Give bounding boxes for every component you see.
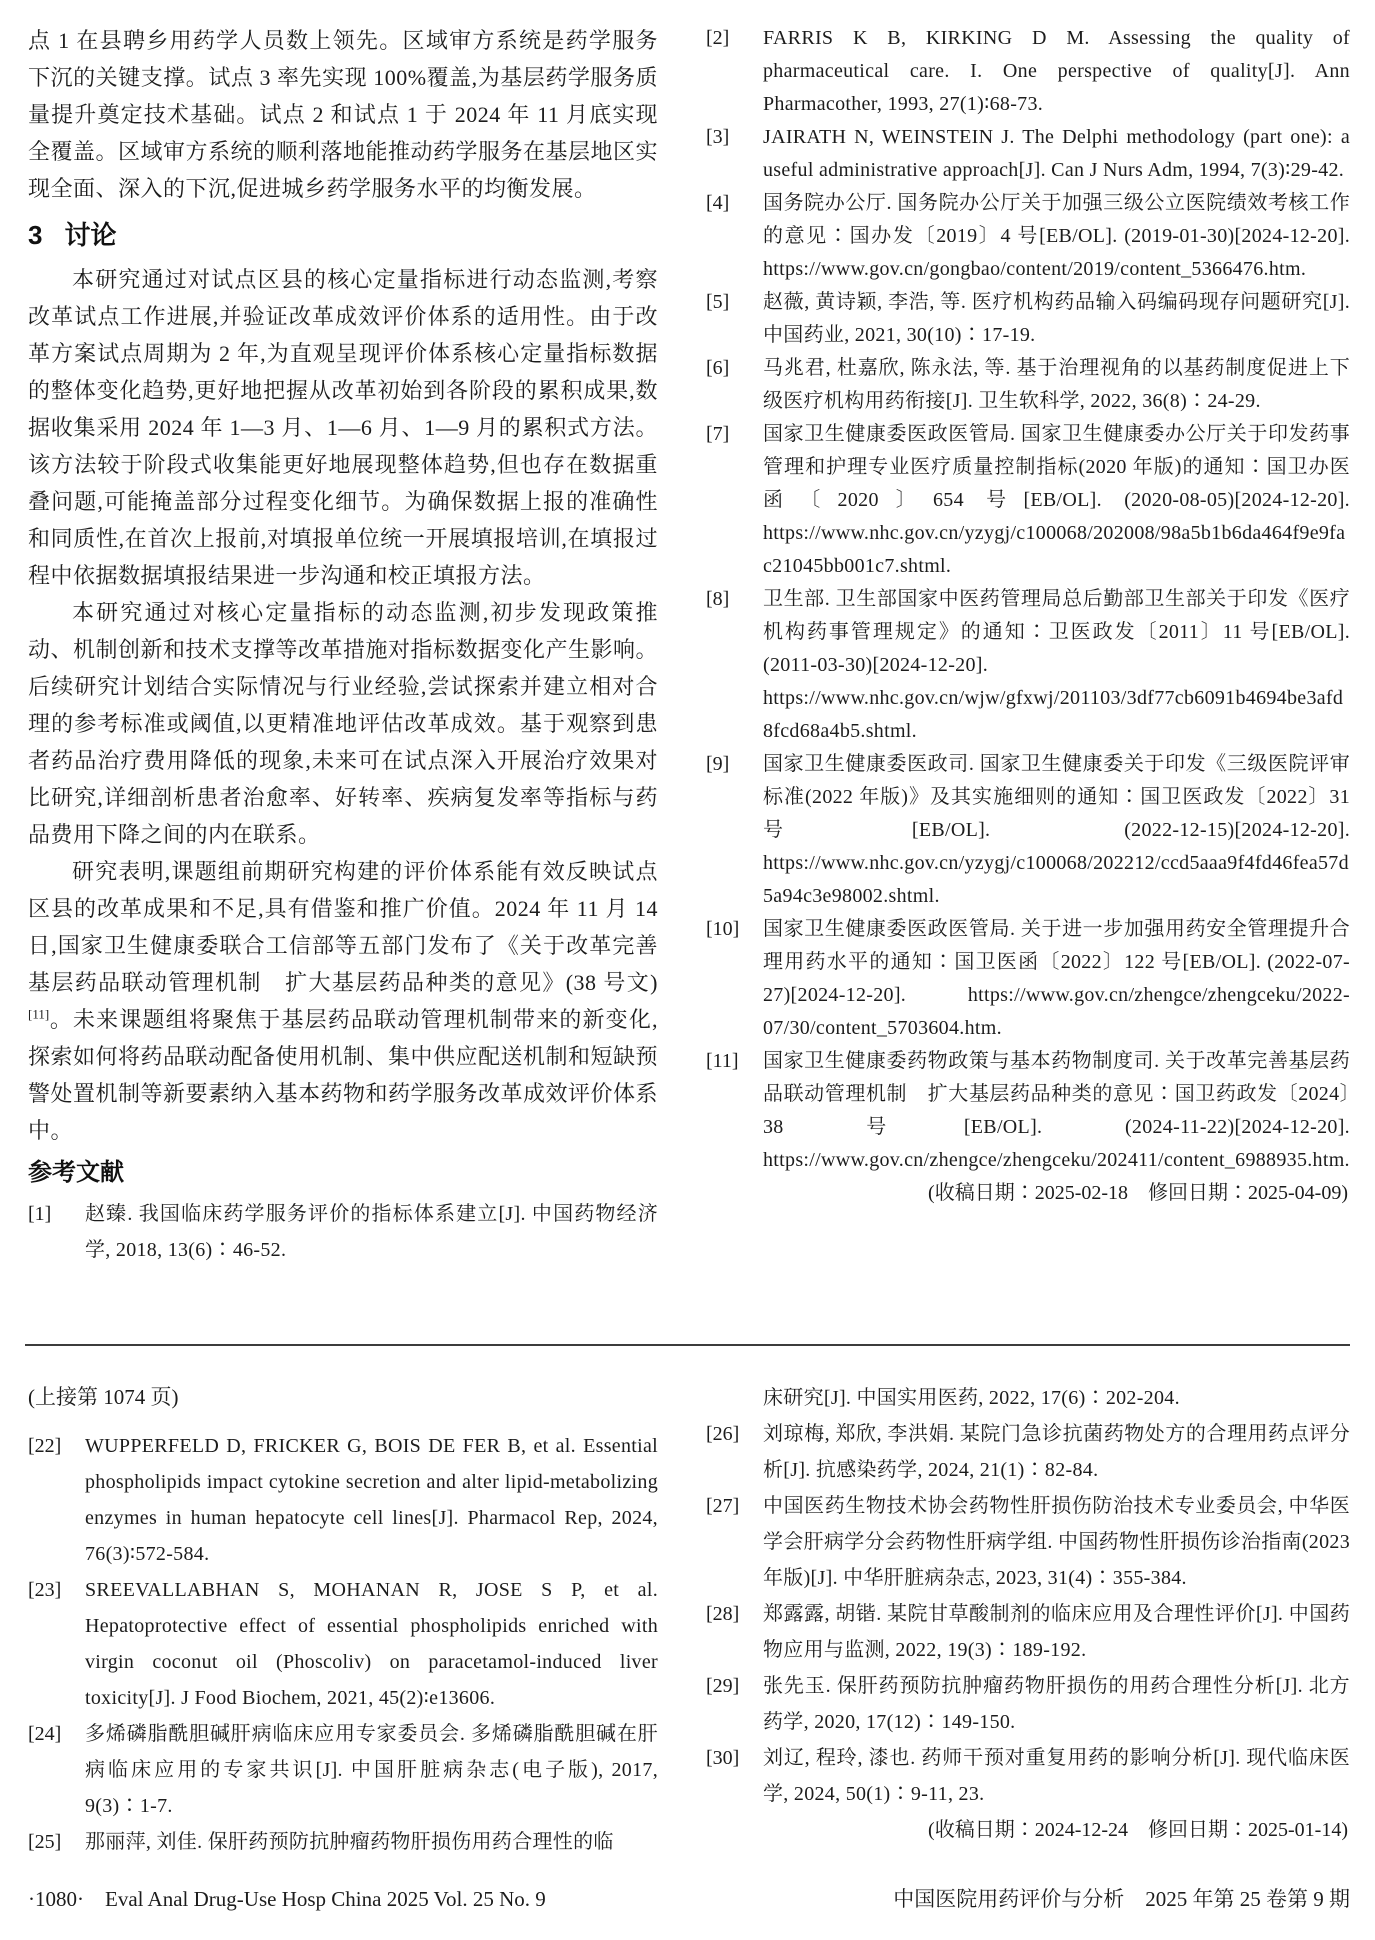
reference-item: [2] FARRIS K B, KIRKING D M. Assessing t… (706, 22, 1350, 121)
reference-text: FARRIS K B, KIRKING D M. Assessing the q… (763, 22, 1350, 121)
reference-number: [29] (706, 1668, 763, 1740)
reference-number: [28] (706, 1596, 763, 1668)
reference-item: [7] 国家卫生健康委医政医管局. 国家卫生健康委办公厅关于印发药事管理和护理专… (706, 418, 1350, 583)
main-article-section: 点 1 在县聘乡用药学人员数上领先。区域审方系统是药学服务下沉的关键支撑。试点 … (0, 0, 1375, 1334)
reference-text: 刘琼梅, 郑欣, 李洪娟. 某院门急诊抗菌药物处方的合理用药点评分析[J]. 抗… (763, 1416, 1350, 1488)
reference-number: [4] (706, 187, 763, 286)
reference-item: [1] 赵臻. 我国临床药学服务评价的指标体系建立[J]. 中国药物经济学, 2… (28, 1196, 658, 1268)
reference-number: [22] (28, 1428, 85, 1572)
reference-item: [26] 刘琼梅, 郑欣, 李洪娟. 某院门急诊抗菌药物处方的合理用药点评分析[… (706, 1416, 1350, 1488)
references-list-right: [2] FARRIS K B, KIRKING D M. Assessing t… (706, 22, 1350, 1177)
reference-item: [27] 中国医药生物技术协会药物性肝损伤防治技术专业委员会, 中华医学会肝病学… (706, 1488, 1350, 1596)
reference-number: [10] (706, 913, 763, 1045)
reference-text: 马兆君, 杜嘉欣, 陈永法, 等. 基于治理视角的以基药制度促进上下级医疗机构用… (763, 352, 1350, 418)
references-list-bottom-right: [26] 刘琼梅, 郑欣, 李洪娟. 某院门急诊抗菌药物处方的合理用药点评分析[… (706, 1416, 1350, 1812)
continued-from-note: (上接第 1074 页) (28, 1380, 658, 1414)
reference-number: [27] (706, 1488, 763, 1596)
reference-number: [23] (28, 1572, 85, 1716)
section-number: 3 (28, 220, 42, 250)
reference-text: JAIRATH N, WEINSTEIN J. The Delphi metho… (763, 121, 1350, 187)
reference-text: SREEVALLABHAN S, MOHANAN R, JOSE S P, et… (85, 1572, 658, 1716)
reference-text: 国家卫生健康委医政医管局. 关于进一步加强用药安全管理提升合理用药水平的通知∶国… (763, 913, 1350, 1045)
reference-text: 中国医药生物技术协会药物性肝损伤防治技术专业委员会, 中华医学会肝病学分会药物性… (763, 1488, 1350, 1596)
discussion-paragraph-1: 本研究通过对试点区县的核心定量指标进行动态监测,考察改革试点工作进展,并验证改革… (28, 261, 658, 594)
reference-number: [2] (706, 22, 763, 121)
reference-number: [1] (28, 1196, 85, 1268)
reference-item: [24] 多烯磷脂酰胆碱肝病临床应用专家委员会. 多烯磷脂酰胆碱在肝病临床应用的… (28, 1716, 658, 1824)
reference-item: [22] WUPPERFELD D, FRICKER G, BOIS DE FE… (28, 1428, 658, 1572)
reference-number: [30] (706, 1740, 763, 1812)
reference-item: [25] 那丽萍, 刘佳. 保肝药预防抗肿瘤药物肝损伤用药合理性的临 (28, 1824, 658, 1860)
references-list-bottom-left: [22] WUPPERFELD D, FRICKER G, BOIS DE FE… (28, 1428, 658, 1860)
reference-text: 郑露露, 胡锴. 某院甘草酸制剂的临床应用及合理性评价[J]. 中国药物应用与监… (763, 1596, 1350, 1668)
footer-page-number-journal-en: ·1080· Eval Anal Drug-Use Hosp China 202… (28, 1884, 546, 1914)
reference-item: [10] 国家卫生健康委医政医管局. 关于进一步加强用药安全管理提升合理用药水平… (706, 913, 1350, 1045)
reference-number: [26] (706, 1416, 763, 1488)
reference-continuation-text: 床研究[J]. 中国实用医药, 2022, 17(6)∶202-204. (763, 1380, 1350, 1416)
discussion-paragraph-3: 研究表明,课题组前期研究构建的评价体系能有效反映试点区县的改革成果和不足,具有借… (28, 853, 658, 1149)
reference-number: [24] (28, 1716, 85, 1824)
discussion-paragraph-2: 本研究通过对核心定量指标的动态监测,初步发现政策推动、机制创新和技术支撑等改革措… (28, 594, 658, 853)
continued-article-section: (上接第 1074 页) [22] WUPPERFELD D, FRICKER … (0, 1354, 1375, 1900)
reference-text: 赵臻. 我国临床药学服务评价的指标体系建立[J]. 中国药物经济学, 2018,… (85, 1196, 658, 1268)
reference-continuation: 床研究[J]. 中国实用医药, 2022, 17(6)∶202-204. (706, 1380, 1350, 1416)
article-left-column: 点 1 在县聘乡用药学人员数上领先。区域审方系统是药学服务下沉的关键支撑。试点 … (28, 22, 658, 1334)
reference-number: [7] (706, 418, 763, 583)
reference-number: [5] (706, 286, 763, 352)
section-divider (25, 1344, 1350, 1346)
reference-text: 多烯磷脂酰胆碱肝病临床应用专家委员会. 多烯磷脂酰胆碱在肝病临床应用的专家共识[… (85, 1716, 658, 1824)
reference-text: 国家卫生健康委医政医管局. 国家卫生健康委办公厅关于印发药事管理和护理专业医疗质… (763, 418, 1350, 583)
article-right-column: [2] FARRIS K B, KIRKING D M. Assessing t… (706, 22, 1350, 1334)
references-heading: 参考文献 (28, 1152, 658, 1194)
reference-number-empty (706, 1380, 763, 1416)
reference-text: 那丽萍, 刘佳. 保肝药预防抗肿瘤药物肝损伤用药合理性的临 (85, 1824, 658, 1860)
citation-superscript-11: [11] (28, 1007, 49, 1022)
continued-right-column: 床研究[J]. 中国实用医药, 2022, 17(6)∶202-204. [26… (706, 1380, 1350, 1900)
continued-left-column: (上接第 1074 页) [22] WUPPERFELD D, FRICKER … (28, 1380, 658, 1900)
reference-number: [25] (28, 1824, 85, 1860)
continuation-paragraph: 点 1 在县聘乡用药学人员数上领先。区域审方系统是药学服务下沉的关键支撑。试点 … (28, 22, 658, 207)
references-list-left: [1] 赵臻. 我国临床药学服务评价的指标体系建立[J]. 中国药物经济学, 2… (28, 1196, 658, 1268)
reference-number: [11] (706, 1045, 763, 1177)
reference-text: 赵薇, 黄诗颖, 李浩, 等. 医疗机构药品输入码编码现存问题研究[J]. 中国… (763, 286, 1350, 352)
journal-page: 点 1 在县聘乡用药学人员数上领先。区域审方系统是药学服务下沉的关键支撑。试点 … (0, 0, 1375, 1940)
received-revised-dates: (收稿日期∶2025-02-18 修回日期∶2025-04-09) (706, 1177, 1350, 1210)
reference-item: [30] 刘辽, 程玲, 漆也. 药师干预对重复用药的影响分析[J]. 现代临床… (706, 1740, 1350, 1812)
reference-item: [29] 张先玉. 保肝药预防抗肿瘤药物肝损伤的用药合理性分析[J]. 北方药学… (706, 1668, 1350, 1740)
reference-text: 张先玉. 保肝药预防抗肿瘤药物肝损伤的用药合理性分析[J]. 北方药学, 202… (763, 1668, 1350, 1740)
reference-item: [5] 赵薇, 黄诗颖, 李浩, 等. 医疗机构药品输入码编码现存问题研究[J]… (706, 286, 1350, 352)
reference-text: 国家卫生健康委医政司. 国家卫生健康委关于印发《三级医院评审标准(2022 年版… (763, 748, 1350, 913)
discussion-section-heading: 3讨论 (28, 212, 658, 258)
reference-item: [3] JAIRATH N, WEINSTEIN J. The Delphi m… (706, 121, 1350, 187)
reference-item: [4] 国务院办公厅. 国务院办公厅关于加强三级公立医院绩效考核工作的意见∶国办… (706, 187, 1350, 286)
reference-item: [23] SREEVALLABHAN S, MOHANAN R, JOSE S … (28, 1572, 658, 1716)
reference-number: [3] (706, 121, 763, 187)
paragraph-3-text-after: 。未来课题组将聚焦于基层药品联动管理机制带来的新变化,探索如何将药品联动配备使用… (28, 1007, 658, 1143)
reference-text: 国务院办公厅. 国务院办公厅关于加强三级公立医院绩效考核工作的意见∶国办发〔20… (763, 187, 1350, 286)
reference-text: 国家卫生健康委药物政策与基本药物制度司. 关于改革完善基层药品联动管理机制 扩大… (763, 1045, 1350, 1177)
reference-item: [28] 郑露露, 胡锴. 某院甘草酸制剂的临床应用及合理性评价[J]. 中国药… (706, 1596, 1350, 1668)
reference-text: WUPPERFELD D, FRICKER G, BOIS DE FER B, … (85, 1428, 658, 1572)
reference-number: [6] (706, 352, 763, 418)
reference-item: [11] 国家卫生健康委药物政策与基本药物制度司. 关于改革完善基层药品联动管理… (706, 1045, 1350, 1177)
reference-text: 卫生部. 卫生部国家中医药管理局总后勤部卫生部关于印发《医疗机构药事管理规定》的… (763, 583, 1350, 748)
reference-number: [9] (706, 748, 763, 913)
section-title: 讨论 (64, 220, 116, 250)
reference-item: [8] 卫生部. 卫生部国家中医药管理局总后勤部卫生部关于印发《医疗机构药事管理… (706, 583, 1350, 748)
page-footer: ·1080· Eval Anal Drug-Use Hosp China 202… (28, 1884, 1350, 1914)
reference-item: [9] 国家卫生健康委医政司. 国家卫生健康委关于印发《三级医院评审标准(202… (706, 748, 1350, 913)
reference-number: [8] (706, 583, 763, 748)
reference-text: 刘辽, 程玲, 漆也. 药师干预对重复用药的影响分析[J]. 现代临床医学, 2… (763, 1740, 1350, 1812)
reference-item: [6] 马兆君, 杜嘉欣, 陈永法, 等. 基于治理视角的以基药制度促进上下级医… (706, 352, 1350, 418)
received-revised-dates-bottom: (收稿日期∶2024-12-24 修回日期∶2025-01-14) (706, 1812, 1350, 1848)
paragraph-3-text: 研究表明,课题组前期研究构建的评价体系能有效反映试点区县的改革成果和不足,具有借… (28, 859, 658, 995)
footer-journal-cn-issue: 中国医院用药评价与分析 2025 年第 25 卷第 9 期 (893, 1884, 1350, 1914)
